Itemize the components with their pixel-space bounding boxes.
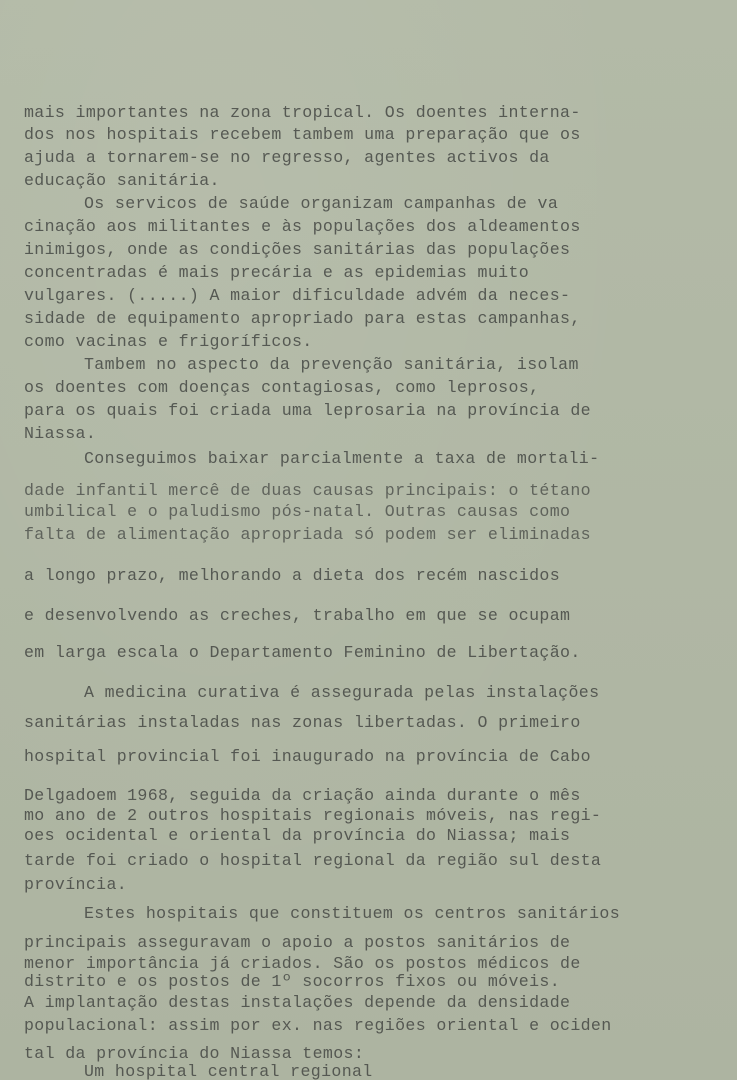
paragraph-start: A medicina curativa é assegurada pelas i… — [84, 683, 599, 703]
text-line: dos nos hospitais recebem tambem uma pre… — [24, 125, 581, 145]
paragraph-start: Estes hospitais que constituem os centro… — [84, 904, 620, 924]
text-line: menor importância já criados. São os pos… — [24, 954, 581, 974]
text-line: província. — [24, 875, 127, 895]
text-line: educação sanitária. — [24, 171, 220, 191]
text-line: mo ano de 2 outros hospitais regionais m… — [24, 806, 601, 826]
paragraph-start: Tambem no aspecto da prevenção sanitária… — [84, 355, 579, 375]
text-line: dade infantil mercê de duas causas princ… — [24, 481, 591, 501]
text-line: distrito e os postos de 1º socorros fixo… — [24, 972, 560, 992]
text-line: em larga escala o Departamento Feminino … — [24, 643, 581, 663]
text-line: oes ocidental e oriental da província do… — [24, 826, 570, 846]
text-line: os doentes com doenças contagiosas, como… — [24, 378, 539, 398]
text-line: hospital provincial foi inaugurado na pr… — [24, 747, 591, 767]
text-line: Delgadoem 1968, seguida da criação ainda… — [24, 786, 581, 806]
text-line: mais importantes na zona tropical. Os do… — [24, 103, 581, 123]
text-line: populacional: assim por ex. nas regiões … — [24, 1016, 612, 1036]
scanned-page: mais importantes na zona tropical. Os do… — [0, 0, 737, 1080]
text-line: inimigos, onde as condições sanitárias d… — [24, 240, 570, 260]
text-line: vulgares. (.....) A maior dificuldade ad… — [24, 286, 570, 306]
text-line: como vacinas e frigoríficos. — [24, 332, 313, 352]
text-line: umbilical e o paludismo pós-natal. Outra… — [24, 502, 570, 522]
text-line: A implantação destas instalações depende… — [24, 993, 570, 1013]
list-item: Um hospital central regional — [84, 1062, 373, 1080]
paragraph-start: Os servicos de saúde organizam campanhas… — [84, 194, 558, 214]
text-line: ajuda a tornarem-se no regresso, agentes… — [24, 148, 550, 168]
text-line: Niassa. — [24, 424, 96, 444]
text-line: sidade de equipamento apropriado para es… — [24, 309, 581, 329]
text-line: e desenvolvendo as creches, trabalho em … — [24, 606, 570, 626]
text-line: cinação aos militantes e às populações d… — [24, 217, 581, 237]
text-line: tal da província do Niassa temos: — [24, 1044, 364, 1064]
text-line: concentradas é mais precária e as epidem… — [24, 263, 529, 283]
text-line: principais asseguravam o apoio a postos … — [24, 933, 570, 953]
text-line: sanitárias instaladas nas zonas libertad… — [24, 713, 581, 733]
paragraph-start: Conseguimos baixar parcialmente a taxa d… — [84, 449, 599, 469]
text-line: para os quais foi criada uma leprosaria … — [24, 401, 591, 421]
text-line: falta de alimentação apropriada só podem… — [24, 525, 591, 545]
text-line: tarde foi criado o hospital regional da … — [24, 851, 601, 871]
text-line: a longo prazo, melhorando a dieta dos re… — [24, 566, 560, 586]
